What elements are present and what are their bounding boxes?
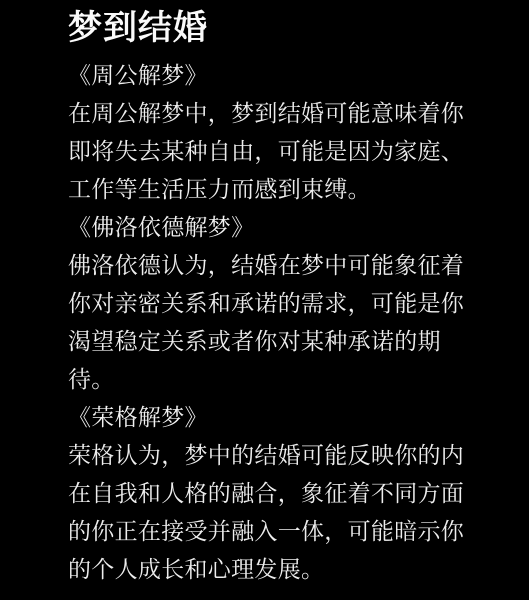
article-body: 《周公解梦》 在周公解梦中，梦到结婚可能意味着你 即将失去某种自由，可能是因为家… (68, 56, 477, 588)
paragraph-line: 待。 (68, 360, 477, 398)
paragraph-line: 荣格认为，梦中的结婚可能反映你的内 (68, 436, 477, 474)
dream-interpretation-page: 梦到结婚 《周公解梦》 在周公解梦中，梦到结婚可能意味着你 即将失去某种自由，可… (0, 0, 529, 600)
paragraph-line: 渴望稳定关系或者你对某种承诺的期 (68, 322, 477, 360)
paragraph-line: 在自我和人格的融合，象征着不同方面 (68, 474, 477, 512)
section-heading-zhougong: 《周公解梦》 (68, 56, 477, 94)
section-heading-jung: 《荣格解梦》 (68, 398, 477, 436)
paragraph-line: 你对亲密关系和承诺的需求，可能是你 (68, 284, 477, 322)
section-heading-freud: 《佛洛依德解梦》 (68, 208, 477, 246)
paragraph-line: 在周公解梦中，梦到结婚可能意味着你 (68, 94, 477, 132)
paragraph-line: 佛洛依德认为，结婚在梦中可能象征着 (68, 246, 477, 284)
paragraph-line: 的你正在接受并融入一体，可能暗示你 (68, 512, 477, 550)
paragraph-line: 工作等生活压力而感到束缚。 (68, 170, 477, 208)
paragraph-line: 的个人成长和心理发展。 (68, 550, 477, 588)
paragraph-line: 即将失去某种自由，可能是因为家庭、 (68, 132, 477, 170)
page-title: 梦到结婚 (68, 8, 477, 48)
article-content: 梦到结婚 《周公解梦》 在周公解梦中，梦到结婚可能意味着你 即将失去某种自由，可… (0, 0, 529, 588)
